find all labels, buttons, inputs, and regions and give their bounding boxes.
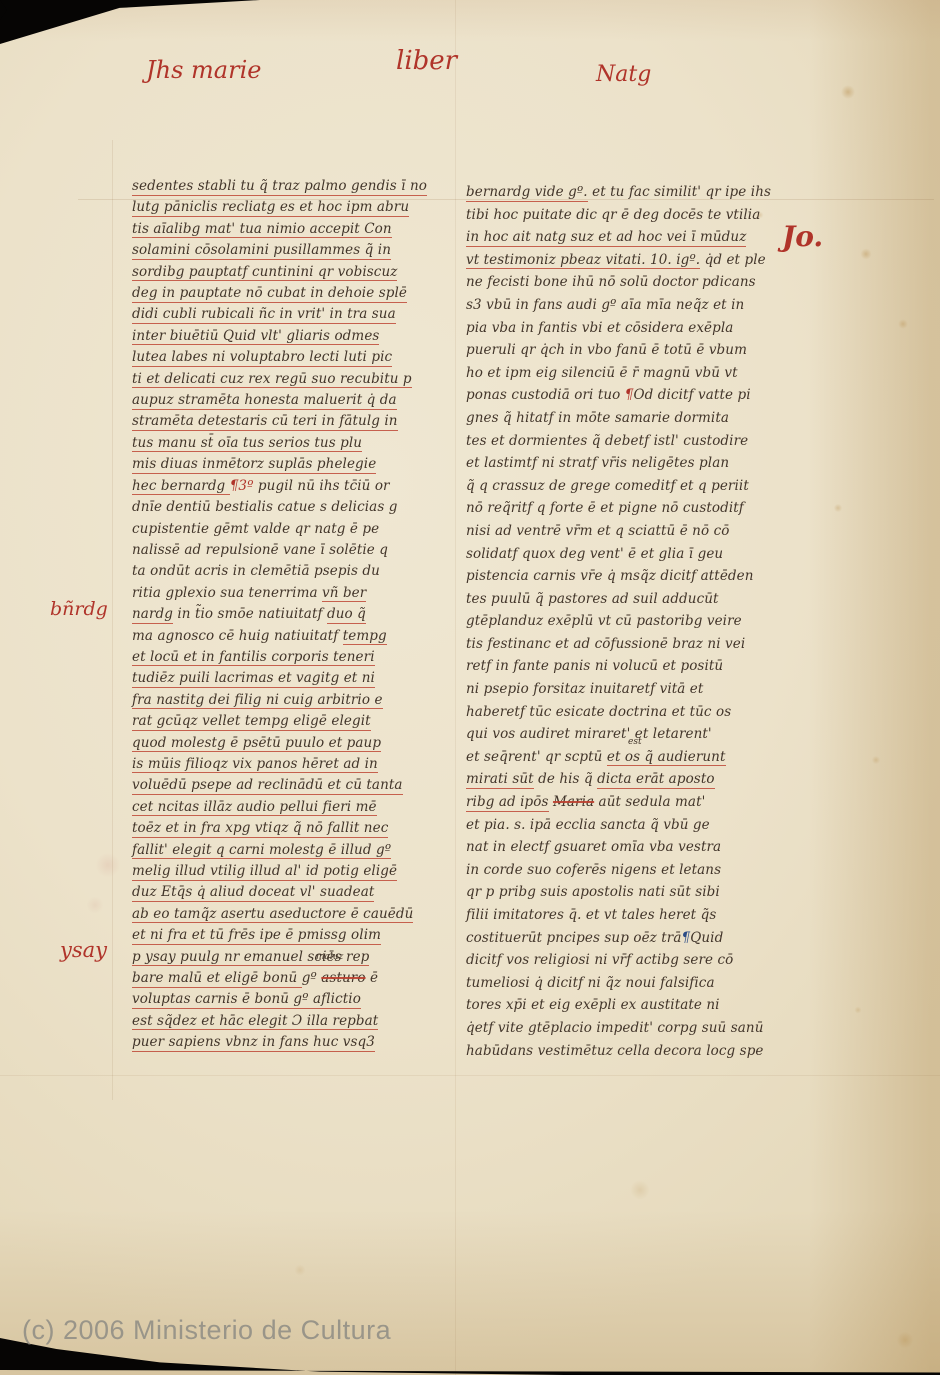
text-segment: didi cubli rubicali ñc in vrit' in tra s… bbox=[132, 306, 396, 324]
text-segment: asturo bbox=[321, 970, 365, 986]
text-segment: in corde suo coferēs nigens et letans bbox=[466, 862, 721, 878]
manuscript-line: tis aīalibg mat' tua nimio accepit Con bbox=[132, 219, 414, 240]
text-segment: fra nastitg dei filig ni cuig arbitrio e bbox=[132, 692, 383, 710]
manuscript-line: et locū et in fantilis corporis teneri bbox=[132, 647, 414, 668]
text-segment: aūt sedula mat' bbox=[594, 794, 705, 810]
text-segment: vñ ber bbox=[322, 585, 366, 603]
text-column-left: sedentes stabli tu q̃ traz palmo gendis … bbox=[132, 176, 414, 1054]
text-segment: nardg bbox=[132, 606, 173, 624]
text-segment: ma agnosco cē huig natiuitatf bbox=[132, 628, 343, 644]
manuscript-line: et pia. s. ipā ecclia sancta q̃ vbū ge bbox=[466, 814, 768, 837]
manuscript-line: stramēta detestaris cū teri in fātulg in bbox=[132, 411, 414, 432]
text-segment: ponas custodiā ori tuo bbox=[466, 387, 625, 403]
margin-note-isaiah: ysay bbox=[60, 938, 107, 962]
manuscript-line: tes et dormientes q̃ debetf istl' custod… bbox=[466, 430, 768, 453]
manuscript-line: tudiēz puili lacrimas et vagitg et ni bbox=[132, 668, 414, 689]
manuscript-line: didi cubli rubicali ñc in vrit' in tra s… bbox=[132, 304, 414, 325]
text-segment: Quid bbox=[690, 930, 723, 946]
manuscript-line: voluēdū psepe ad reclinādū et cū tanta bbox=[132, 775, 414, 796]
text-segment: ribg ad ipōs bbox=[466, 794, 549, 812]
manuscript-line: puer sapiens vbnz in fans huc vsq3 bbox=[132, 1032, 414, 1053]
text-segment: bare malū et eligē bonū bbox=[132, 970, 302, 988]
manuscript-line: nalissē ad repulsionē vane ī solētie q bbox=[132, 540, 414, 561]
text-segment: dnīe dentiū bestialis catue s delicias g bbox=[132, 499, 397, 515]
text-segment: vt testimoniz pbeaz vitati. 10. igº. bbox=[466, 252, 700, 270]
manuscript-line: bernardg vide gº. et tu fac similit' qr … bbox=[466, 181, 768, 204]
text-segment: pistencia carnis vr̄e q̇ msq̃z dicitf at… bbox=[466, 568, 754, 584]
text-segment: ne fecisti bone ihū nō solū doctor pdica… bbox=[466, 274, 756, 290]
vertical-ruling-line bbox=[112, 140, 113, 1100]
manuscript-line: ni psepio forsitaz inuitaretf vitā et bbox=[466, 678, 768, 701]
text-segment: filii imitatores q̄. et vt tales heret q… bbox=[466, 907, 716, 923]
text-segment: et locū et in fantilis corporis teneri bbox=[132, 649, 375, 667]
text-segment: nō req̃ritf q forte ē et pigne nō custod… bbox=[466, 500, 744, 516]
manuscript-line: ribg ad ipōs Maria aūt sedula mat' bbox=[466, 791, 768, 814]
manuscript-line: sordibg pauptatf cuntinini qr vobiscuz bbox=[132, 262, 414, 283]
manuscript-line: tumeliosi q̇ dicitf ni q̃z noui falsific… bbox=[466, 972, 768, 995]
text-segment: in t̃io smōe natiuitatf bbox=[173, 606, 327, 622]
manuscript-line: retf in fante panis ni volucū et positū bbox=[466, 655, 768, 678]
manuscript-line: voluptas carnis ē bonū gº aflictio bbox=[132, 989, 414, 1010]
text-segment: inter biuētiū Quid vlt' gliaris odmes bbox=[132, 328, 379, 346]
text-segment: ta ondūt acris in clemētiā psepis du bbox=[132, 563, 380, 579]
text-segment: et ni fra et tū frēs ipe ē pmissg olim bbox=[132, 927, 381, 945]
text-segment: nat in electf gsuaret omīa vba vestra bbox=[466, 839, 721, 855]
text-segment: melig illud vtilig illud al' id potig el… bbox=[132, 863, 397, 881]
manuscript-line: is mūis filioqz vix panos hēret ad in bbox=[132, 754, 414, 775]
running-header-right: Natg bbox=[596, 62, 651, 87]
manuscript-line: mirati sūt de his q̃ dicta erāt aposto bbox=[466, 768, 768, 791]
text-segment: q̃ q crassuz de grege comeditf et q peri… bbox=[466, 478, 749, 494]
manuscript-line: pistencia carnis vr̄e q̇ msq̃z dicitf at… bbox=[466, 565, 768, 588]
text-segment: voluptas carnis ē bonū gº aflictio bbox=[132, 991, 361, 1009]
manuscript-line: ritia gplexio sua tenerrima vñ ber bbox=[132, 583, 414, 604]
text-segment: ho et ipm eig silenciū ē r̄ magnū vbū vt bbox=[466, 365, 738, 381]
manuscript-line: qr p pribg suis apostolis nati sūt sibi bbox=[466, 881, 768, 904]
text-segment: toēz et in fra xpg vtiqz q̃ nō fallit ne… bbox=[132, 820, 388, 838]
text-segment: in hoc ait natg suz et ad hoc vei ī mūdu… bbox=[466, 229, 746, 247]
text-segment: voluēdū psepe ad reclinādū et cū tanta bbox=[132, 777, 403, 795]
text-segment: q̇etf vite gtēplacio impedit' corpg suū … bbox=[466, 1020, 763, 1036]
blue-pilcrow: ¶ bbox=[682, 930, 691, 946]
manuscript-line: tis festinanc et ad cōfussionē braz ni v… bbox=[466, 633, 768, 656]
text-segment: puer sapiens vbnz in fans huc vsq3 bbox=[132, 1034, 375, 1052]
manuscript-line: in corde suo coferēs nigens et letans bbox=[466, 859, 768, 882]
text-segment: et os q̃ audierunt bbox=[607, 749, 726, 767]
manuscript-line: ponas custodiā ori tuo ¶Od dicitf vatte … bbox=[466, 384, 768, 407]
text-column-right: bernardg vide gº. et tu fac similit' qr … bbox=[466, 181, 768, 1062]
manuscript-line: haberetf tūc esicate doctrina et tūc os bbox=[466, 701, 768, 724]
manuscript-line: fallit' elegit q carni molestg ē illud g… bbox=[132, 840, 414, 861]
manuscript-line: et lastimtf ni stratf vr̄is neligētes pl… bbox=[466, 452, 768, 475]
text-segment: tes et dormientes q̃ debetf istl' custod… bbox=[466, 433, 748, 449]
text-segment: pugil nū ihs tc̄iū or bbox=[254, 478, 390, 494]
text-segment: tus manu st̄ oīa tus serios tus plu bbox=[132, 435, 362, 453]
manuscript-line: cet ncitas illāz audio pellui fieri mē bbox=[132, 797, 414, 818]
text-segment: tores xp̄i et eig exēpli ex austitate ni bbox=[466, 997, 720, 1013]
manuscript-line: qui vos audiret miraret' et letarent' bbox=[466, 723, 768, 746]
manuscript-line: filii imitatores q̄. et vt tales heret q… bbox=[466, 904, 768, 927]
manuscript-line: in hoc ait natg suz et ad hoc vei ī mūdu… bbox=[466, 226, 768, 249]
text-segment: gtēplanduz exēplū vt cū pastoribg veire bbox=[466, 613, 742, 629]
manuscript-line: solidatf quox deg vent' ē et glia ī geu bbox=[466, 543, 768, 566]
text-segment: qr p pribg suis apostolis nati sūt sibi bbox=[466, 884, 720, 900]
text-segment: solidatf quox deg vent' ē et glia ī geu bbox=[466, 546, 723, 562]
manuscript-line: nat in electf gsuaret omīa vba vestra bbox=[466, 836, 768, 859]
text-segment: nisi ad ventrē vr̄m et q sciattū ē nō cō bbox=[466, 523, 730, 539]
manuscript-line: nō req̃ritf q forte ē et pigne nō custod… bbox=[466, 497, 768, 520]
manuscript-line: tus manu st̄ oīa tus serios tus plu bbox=[132, 433, 414, 454]
text-segment: ē bbox=[366, 970, 378, 986]
text-segment: dicitf vos religiosi ni vr̄f actibg sere… bbox=[466, 952, 733, 968]
manuscript-line: ti et delicati cuz rex regū suo recubitu… bbox=[132, 369, 414, 390]
text-segment: bernardg vide gº. bbox=[466, 184, 588, 202]
manuscript-scan: Jhs marie liber Natg Jo. bñrdg ysay sede… bbox=[0, 0, 940, 1375]
text-segment: duz Etq̄s q̇ aliud doceat vl' suadeat bbox=[132, 884, 374, 902]
text-segment: nalissē ad repulsionē vane ī solētie q bbox=[132, 542, 388, 558]
manuscript-line: et ni fra et tū frēs ipe ē pmissg olim bbox=[132, 925, 414, 946]
text-segment: hec bernardg bbox=[132, 478, 230, 496]
manuscript-line: tes puulū q̃ pastores ad suil adducūt bbox=[466, 588, 768, 611]
manuscript-line: nisi ad ventrē vr̄m et q sciattū ē nō cō bbox=[466, 520, 768, 543]
text-segment: et tu fac similit' qr ipe ihs bbox=[588, 184, 771, 200]
text-segment: mirati sūt bbox=[466, 771, 534, 789]
text-segment: sedentes stabli tu q̃ traz palmo gendis … bbox=[132, 178, 427, 196]
manuscript-line: deg in pauptate nō cubat in dehoie splē bbox=[132, 283, 414, 304]
text-segment: costituerūt pncipes sup oēz trā bbox=[466, 930, 682, 946]
text-segment: tis aīalibg mat' tua nimio accepit Con bbox=[132, 221, 392, 239]
text-segment: cet ncitas illāz audio pellui fieri mē bbox=[132, 799, 377, 817]
text-segment: lutea labes ni voluptabro lecti luti pic bbox=[132, 349, 392, 367]
copyright-watermark: (c) 2006 Ministerio de Cultura bbox=[22, 1315, 391, 1346]
manuscript-line: toēz et in fra xpg vtiqz q̃ nō fallit ne… bbox=[132, 818, 414, 839]
manuscript-line: pia vba in fantis vbi et cōsidera exēpla bbox=[466, 317, 768, 340]
vertical-fold-line bbox=[455, 0, 456, 1375]
manuscript-line: p ysay puulg nr emanuel sciēs rep bbox=[132, 947, 414, 968]
text-segment: est sq̃dez et hāc elegit Ɔ illa repbat bbox=[132, 1013, 378, 1031]
manuscript-line: sedentes stabli tu q̃ traz palmo gendis … bbox=[132, 176, 414, 197]
text-segment: sordibg pauptatf cuntinini qr vobiscuz bbox=[132, 264, 397, 282]
manuscript-line: gtēplanduz exēplū vt cū pastoribg veire bbox=[466, 610, 768, 633]
text-segment: qui vos audiret miraret' et letarent' bbox=[466, 726, 712, 742]
margin-note-bernardus: bñrdg bbox=[50, 598, 108, 620]
manuscript-line: melig illud vtilig illud al' id potig el… bbox=[132, 861, 414, 882]
text-segment: solamini cōsolamini pusillammes q̃ in bbox=[132, 242, 391, 260]
text-segment: tis festinanc et ad cōfussionē braz ni v… bbox=[466, 636, 745, 652]
text-segment: aupuz stramēta honesta maluerit q̇ da bbox=[132, 392, 397, 410]
text-segment: dicta erāt aposto bbox=[597, 771, 715, 789]
rubric-segment: ¶3º bbox=[230, 478, 254, 494]
manuscript-line: hec bernardg ¶3º pugil nū ihs tc̄iū or bbox=[132, 476, 414, 497]
text-segment: tempg bbox=[343, 628, 387, 646]
manuscript-line: cupistentie gēmt valde qr natg ē pe bbox=[132, 519, 414, 540]
text-segment: rat gcūqz vellet tempg eligē elegit bbox=[132, 713, 371, 731]
manuscript-line: pueruli qr q̇ch in vbo fanū ē totū ē vbu… bbox=[466, 339, 768, 362]
text-segment: retf in fante panis ni volucū et positū bbox=[466, 658, 723, 674]
manuscript-line: s3 vbū in fans audi gº aīa mīa neq̃z et … bbox=[466, 294, 768, 317]
manuscript-line: mis diuas inmētorz suplās phelegie bbox=[132, 454, 414, 475]
manuscript-line: duz Etq̄s q̇ aliud doceat vl' suadeat bbox=[132, 882, 414, 903]
text-segment: ni psepio forsitaz inuitaretf vitā et bbox=[466, 681, 703, 697]
interlinear-correction-left: maluz bbox=[316, 952, 343, 962]
manuscript-line: lutea labes ni voluptabro lecti luti pic bbox=[132, 347, 414, 368]
manuscript-line: et seq̄rent' qr scptū et os q̃ audierunt bbox=[466, 746, 768, 769]
horizontal-crease-bottom bbox=[0, 1075, 940, 1076]
manuscript-line: tores xp̄i et eig exēpli ex austitate ni bbox=[466, 994, 768, 1017]
text-segment: gnes q̃ hitatf in mōte samarie dormita bbox=[466, 410, 729, 426]
text-segment: tibi hoc puitate dic qr ē deg docēs te v… bbox=[466, 207, 760, 223]
manuscript-line: tibi hoc puitate dic qr ē deg docēs te v… bbox=[466, 204, 768, 227]
text-segment: pueruli qr q̇ch in vbo fanū ē totū ē vbu… bbox=[466, 342, 747, 358]
manuscript-line: fra nastitg dei filig ni cuig arbitrio e bbox=[132, 690, 414, 711]
text-segment: tes puulū q̃ pastores ad suil adducūt bbox=[466, 591, 719, 607]
text-segment: quod molestg ē psētū puulo et paup bbox=[132, 735, 381, 753]
text-segment: mis diuas inmētorz suplās phelegie bbox=[132, 456, 376, 474]
manuscript-line: vt testimoniz pbeaz vitati. 10. igº. q̇d… bbox=[466, 249, 768, 272]
manuscript-line: ne fecisti bone ihū nō solū doctor pdica… bbox=[466, 271, 768, 294]
text-segment: et seq̄rent' qr scptū bbox=[466, 749, 607, 765]
text-segment: ti et delicati cuz rex regū suo recubitu… bbox=[132, 371, 412, 389]
text-segment: cupistentie gēmt valde qr natg ē pe bbox=[132, 521, 379, 537]
text-segment: Maria bbox=[553, 794, 594, 810]
text-segment: q̇d et ple bbox=[700, 252, 766, 268]
manuscript-line: q̇etf vite gtēplacio impedit' corpg suū … bbox=[466, 1017, 768, 1040]
text-segment: de his q̃ bbox=[534, 771, 597, 787]
text-segment: stramēta detestaris cū teri in fātulg in bbox=[132, 413, 398, 431]
text-segment: fallit' elegit q carni molestg ē illud g… bbox=[132, 842, 391, 860]
text-segment: tumeliosi q̇ dicitf ni q̃z noui falsific… bbox=[466, 975, 715, 991]
text-segment: Od dicitf vatte pi bbox=[634, 387, 751, 403]
running-header-left: Jhs marie bbox=[146, 56, 261, 84]
manuscript-line: rat gcūqz vellet tempg eligē elegit bbox=[132, 711, 414, 732]
text-segment: ritia gplexio sua tenerrima bbox=[132, 585, 322, 601]
rubric-segment: ¶ bbox=[625, 387, 634, 403]
text-segment: habūdans vestimētuz cella decora locg sp… bbox=[466, 1043, 764, 1059]
text-segment: ab eo tamq̃z asertu aseductore ē cauēdū bbox=[132, 906, 413, 924]
margin-note-john: Jo. bbox=[782, 220, 823, 253]
text-segment: duo q̃ bbox=[327, 606, 366, 624]
manuscript-line: costituerūt pncipes sup oēz trā¶Quid bbox=[466, 927, 768, 950]
manuscript-line: nardg in t̃io smōe natiuitatf duo q̃ bbox=[132, 604, 414, 625]
text-segment: s3 vbū in fans audi gº aīa mīa neq̃z et … bbox=[466, 297, 744, 313]
running-header-center: liber bbox=[396, 46, 457, 76]
text-segment: haberetf tūc esicate doctrina et tūc os bbox=[466, 704, 731, 720]
text-segment: pia vba in fantis vbi et cōsidera exēpla bbox=[466, 320, 733, 336]
text-segment: deg in pauptate nō cubat in dehoie splē bbox=[132, 285, 407, 303]
manuscript-line: dicitf vos religiosi ni vr̄f actibg sere… bbox=[466, 949, 768, 972]
interlinear-correction-right: est bbox=[628, 737, 642, 747]
manuscript-line: aupuz stramēta honesta maluerit q̇ da bbox=[132, 390, 414, 411]
manuscript-line: solamini cōsolamini pusillammes q̃ in bbox=[132, 240, 414, 261]
manuscript-line: ho et ipm eig silenciū ē r̄ magnū vbū vt bbox=[466, 362, 768, 385]
text-segment: is mūis filioqz vix panos hēret ad in bbox=[132, 756, 378, 774]
manuscript-line: q̃ q crassuz de grege comeditf et q peri… bbox=[466, 475, 768, 498]
manuscript-line: ab eo tamq̃z asertu aseductore ē cauēdū bbox=[132, 904, 414, 925]
manuscript-line: ma agnosco cē huig natiuitatf tempg bbox=[132, 626, 414, 647]
text-segment: et lastimtf ni stratf vr̄is neligētes pl… bbox=[466, 455, 729, 471]
manuscript-line: dnīe dentiū bestialis catue s delicias g bbox=[132, 497, 414, 518]
manuscript-line: quod molestg ē psētū puulo et paup bbox=[132, 733, 414, 754]
manuscript-line: lutg pāniclis recliatg es et hoc ipm abr… bbox=[132, 197, 414, 218]
text-segment: et pia. s. ipā ecclia sancta q̃ vbū ge bbox=[466, 817, 710, 833]
manuscript-line: ta ondūt acris in clemētiā psepis du bbox=[132, 561, 414, 582]
text-segment: gº bbox=[302, 970, 322, 986]
manuscript-line: bare malū et eligē bonū gº asturo ē bbox=[132, 968, 414, 989]
manuscript-line: habūdans vestimētuz cella decora locg sp… bbox=[466, 1040, 768, 1063]
manuscript-line: gnes q̃ hitatf in mōte samarie dormita bbox=[466, 407, 768, 430]
manuscript-line: est sq̃dez et hāc elegit Ɔ illa repbat bbox=[132, 1011, 414, 1032]
text-segment: lutg pāniclis recliatg es et hoc ipm abr… bbox=[132, 199, 409, 217]
manuscript-line: inter biuētiū Quid vlt' gliaris odmes bbox=[132, 326, 414, 347]
text-segment: tudiēz puili lacrimas et vagitg et ni bbox=[132, 670, 375, 688]
